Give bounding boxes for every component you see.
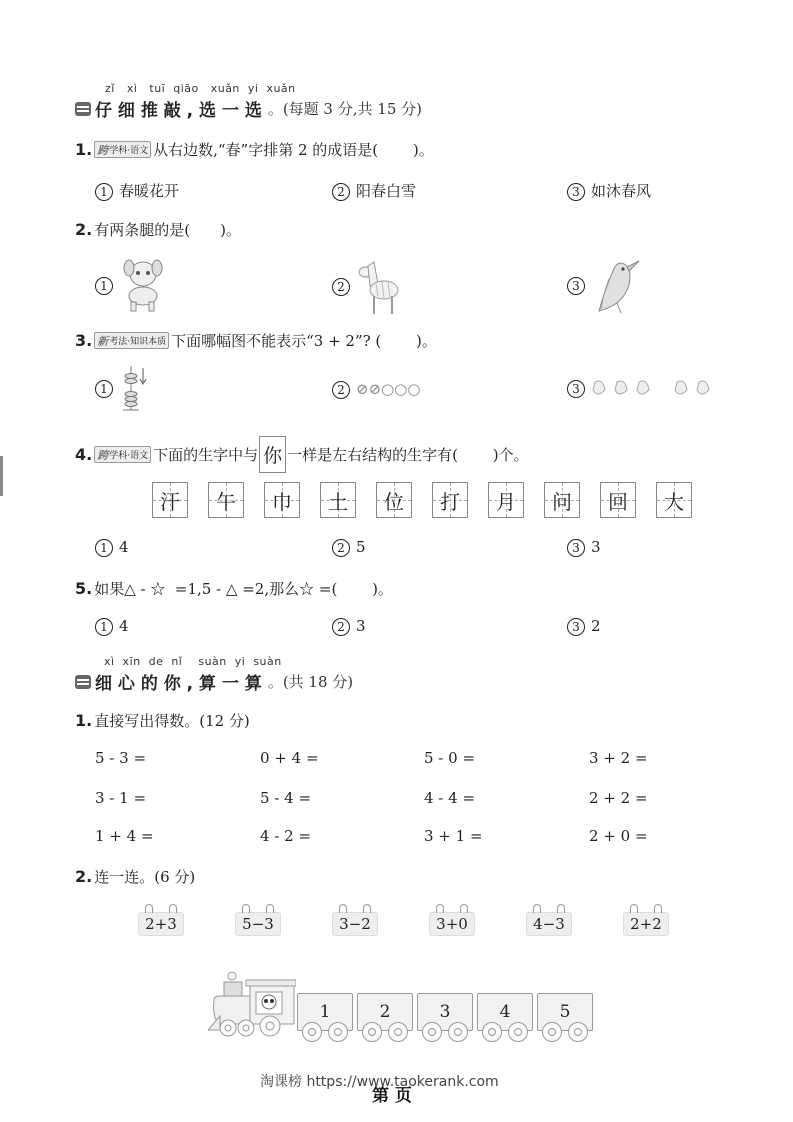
char-box: 午 [208,482,244,518]
section1-pinyin: zǐ xì tuī qiāo xuǎn yi xuǎn [105,82,296,95]
equation: 0 + 4 = [260,749,319,767]
expression-cards: 2+3 5−3 3−2 3+0 4−3 2+2 [138,912,669,936]
zebra-icon [356,258,402,316]
ring-icon [169,904,177,913]
wheel-icon [302,1022,322,1042]
section-number-icon [75,675,91,689]
card-text: 2+2 [630,915,662,933]
cross-subject-tag: 跨学科·语文 [94,446,151,463]
tag-text: 学科·语文 [109,143,148,156]
section-number-icon [75,102,91,116]
q5-option-2[interactable]: 23 [332,617,366,636]
expression-card[interactable]: 2+2 [623,912,669,936]
option-marker: 3 [567,380,585,398]
char: 汗 [160,486,180,515]
question-number: 4. [75,445,92,464]
page-number: 第 页 [372,1081,412,1106]
question-number: 2. [75,220,92,239]
wheel-icon [422,1022,442,1042]
margin-bar [0,456,3,496]
car-number: 5 [560,1002,571,1022]
q5-option-1[interactable]: 14 [95,617,129,636]
card-text: 2+3 [145,915,177,933]
ring-icon [436,904,444,913]
question-text: 连一连。(6 分) [94,866,195,887]
q3-option-3[interactable]: 3 [567,378,751,400]
q5-option-3[interactable]: 32 [567,617,601,636]
option-marker: 2 [332,278,350,296]
expression-card[interactable]: 3+0 [429,912,475,936]
character-grid: 汗 午 巾 土 位 打 月 问 回 大 [152,482,692,518]
char-box: 打 [432,482,468,518]
option-marker: 3 [567,539,585,557]
puppy-icon [119,258,167,314]
char-box: 月 [488,482,524,518]
wheel-icon [328,1022,348,1042]
char-box: 巾 [264,482,300,518]
equation: 3 + 1 = [424,827,483,845]
section1-header: 仔 细 推 敲 , 选 一 选 。(每题 3 分,共 15 分) [75,96,422,121]
expression-card[interactable]: 2+3 [138,912,184,936]
q4-option-1[interactable]: 14 [95,538,129,557]
equation: 4 - 2 = [260,827,311,845]
circles-text: ⊘⊘○○○ [356,380,420,398]
card-text: 4−3 [533,915,565,933]
tag-text: 学科·语文 [109,448,148,461]
char: 问 [552,486,572,515]
char: 土 [328,486,348,515]
train-car[interactable]: 5 [537,993,593,1031]
option-marker: 1 [95,618,113,636]
question-number: 1. [75,711,92,730]
expression-card[interactable]: 5−3 [235,912,281,936]
q1-option-1[interactable]: 1春暖花开 [95,180,179,201]
option-text: 4 [119,538,129,556]
char: 位 [384,486,404,515]
card-text: 3+0 [436,915,468,933]
tag-icon: 新 [97,333,108,349]
calc-question-2: 2. 连一连。(6 分) [75,866,195,887]
equation: 5 - 4 = [260,789,311,807]
ring-icon [557,904,565,913]
char: 打 [440,486,460,515]
cross-subject-tag: 跨学科·语文 [94,141,151,158]
option-text: 2 [591,617,601,635]
train-car[interactable]: 3 [417,993,473,1031]
ring-icon [266,904,274,913]
question-text: 下面哪幅图不能表示“3 + 2”? ( )。 [171,330,437,351]
option-marker: 1 [95,183,113,201]
wheel-icon [508,1022,528,1042]
option-marker: 2 [332,618,350,636]
question-text: 从右边数,“春”字排第 2 的成语是( )。 [153,139,434,160]
q1-option-2[interactable]: 2阳春白雪 [332,180,416,201]
equation: 3 + 2 = [589,749,648,767]
question-3: 3. 新考法·知识本质 下面哪幅图不能表示“3 + 2”? ( )。 [75,330,437,351]
char-box: 问 [544,482,580,518]
q3-option-1[interactable]: 1 [95,366,149,412]
expression-card[interactable]: 4−3 [526,912,572,936]
q4-option-3[interactable]: 33 [567,538,601,557]
char-box: 位 [376,482,412,518]
q1-option-3[interactable]: 3如沐春风 [567,180,651,201]
expression-card[interactable]: 3−2 [332,912,378,936]
question-4: 4. 跨学科·语文 下面的生字中与 你 一样是左右结构的生字有( )个。 [75,436,529,473]
boxed-character: 你 [259,436,286,473]
tag-icon: 跨 [97,142,108,158]
ring-icon [242,904,250,913]
car-number: 3 [440,1002,451,1022]
option-text: 5 [356,538,366,556]
char-box: 土 [320,482,356,518]
question-text: 一样是左右结构的生字有( )个。 [287,444,528,465]
option-text: 4 [119,617,129,635]
car-number: 2 [380,1002,391,1022]
section2-header: 细 心 的 你 , 算 一 算 。(共 18 分) [75,669,353,694]
equation: 1 + 4 = [95,827,154,845]
char: 月 [496,486,516,515]
train-car[interactable]: 4 [477,993,533,1031]
option-marker: 3 [567,277,585,295]
abacus-icon [119,366,149,412]
train-car[interactable]: 1 [297,993,353,1031]
card-text: 3−2 [339,915,371,933]
char: 午 [216,486,236,515]
ring-icon [363,904,371,913]
tag-icon: 跨 [97,447,108,463]
q4-option-2[interactable]: 25 [332,538,366,557]
section2-title: 细 心 的 你 , 算 一 算 [95,669,268,694]
wheel-icon [482,1022,502,1042]
equation: 4 - 4 = [424,789,475,807]
option-text: 如沐春风 [591,182,651,200]
section1-title: 仔 细 推 敲 , 选 一 选 [95,96,268,121]
question-number: 2. [75,867,92,886]
char-box: 大 [656,482,692,518]
question-text: 如果△ - ☆ =1,5 - △ =2,那么☆ =( )。 [94,578,393,599]
wheel-icon [448,1022,468,1042]
wheel-icon [568,1022,588,1042]
option-marker: 3 [567,183,585,201]
char: 巾 [272,486,292,515]
option-text: 3 [591,538,601,556]
option-marker: 2 [332,183,350,201]
q2-option-3[interactable]: 3 [567,255,641,317]
bird-icon [591,255,641,317]
option-marker: 2 [332,539,350,557]
char-box: 汗 [152,482,188,518]
q3-option-2[interactable]: 2⊘⊘○○○ [332,380,420,399]
wheel-icon [542,1022,562,1042]
option-text: 阳春白雪 [356,182,416,200]
char: 回 [608,486,628,515]
equation: 2 + 0 = [589,827,648,845]
q2-option-1[interactable]: 1 [95,258,167,314]
section1-subtitle: 。(每题 3 分,共 15 分) [268,98,422,119]
equation: 5 - 3 = [95,749,146,767]
question-text: 直接写出得数。(12 分) [94,710,250,731]
ring-icon [533,904,541,913]
equation: 3 - 1 = [95,789,146,807]
section2-pinyin: xì xīn de nǐ suàn yi suàn [104,655,282,668]
equation: 5 - 0 = [424,749,475,767]
question-text: 下面的生字中与 [153,444,258,465]
q2-option-2[interactable]: 2 [332,258,402,316]
char: 大 [664,486,684,515]
train-cars: 1 2 3 4 5 [297,993,593,1031]
question-2: 2. 有两条腿的是( )。 [75,219,241,240]
car-number: 4 [500,1002,511,1022]
ring-icon [145,904,153,913]
equation: 2 + 2 = [589,789,648,807]
ring-icon [339,904,347,913]
tag-text: 考法·知识本质 [109,334,166,347]
option-text: 春暖花开 [119,182,179,200]
question-number: 1. [75,140,92,159]
question-text: 有两条腿的是( )。 [94,219,241,240]
question-number: 5. [75,579,92,598]
ring-icon [654,904,662,913]
question-1: 1. 跨学科·语文 从右边数,“春”字排第 2 的成语是( )。 [75,139,434,160]
calc-question-1: 1. 直接写出得数。(12 分) [75,710,250,731]
car-number: 1 [320,1002,331,1022]
ring-icon [630,904,638,913]
train-car[interactable]: 2 [357,993,413,1031]
new-method-tag: 新考法·知识本质 [94,332,169,349]
train-engine-icon [208,970,296,1040]
option-marker: 3 [567,618,585,636]
option-marker: 1 [95,380,113,398]
section2-subtitle: 。(共 18 分) [268,671,353,692]
ring-icon [460,904,468,913]
wheel-icon [388,1022,408,1042]
question-5: 5. 如果△ - ☆ =1,5 - △ =2,那么☆ =( )。 [75,578,393,599]
option-marker: 2 [332,381,350,399]
option-marker: 1 [95,277,113,295]
butterflies-icon [591,378,751,400]
option-marker: 1 [95,539,113,557]
wheel-icon [362,1022,382,1042]
char-box: 回 [600,482,636,518]
card-text: 5−3 [242,915,274,933]
option-text: 3 [356,617,366,635]
question-number: 3. [75,331,92,350]
